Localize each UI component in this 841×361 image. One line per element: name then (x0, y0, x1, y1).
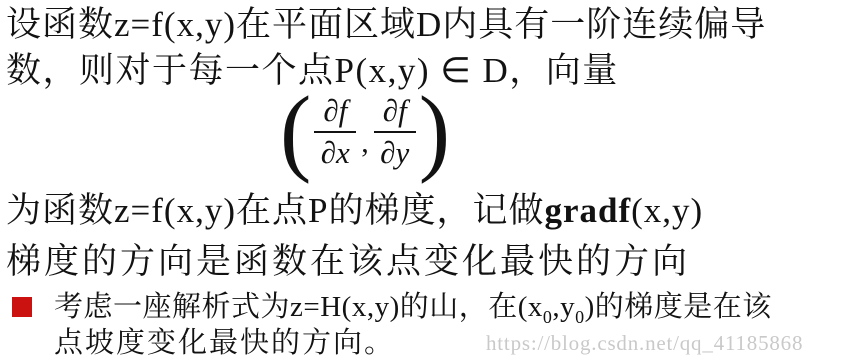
partial-f-partial-y-fraction: ∂f ∂y (374, 92, 416, 170)
formula-comma: , (359, 126, 371, 176)
csdn-blog-watermark: https://blog.csdn.net/qq_41185868 (486, 331, 803, 356)
bullet-item-line-2: 点坡度变化最快的方向。 (54, 327, 395, 360)
fraction-numerator: ∂f (374, 92, 416, 133)
partial-f-partial-x-fraction: ∂f ∂x (314, 92, 356, 170)
bullet-seg-1: 考虑一座解析式为z=H(x,y)的山，在(x (54, 291, 543, 323)
gradient-definition-pre: 为函数z=f(x,y)在点P的梯度，记做 (6, 191, 544, 230)
gradient-vector-formula: ( ∂f ∂x , ∂f ∂y ) (280, 86, 450, 176)
gradient-definition-post: (x,y) (631, 191, 703, 230)
formula-open-paren: ( (280, 84, 311, 178)
y-subscript: 0 (575, 307, 584, 327)
gradient-definition-line: 为函数z=f(x,y)在点P的梯度，记做gradf(x,y) (6, 191, 703, 231)
bullet-seg-3: )的梯度是在该 (585, 291, 772, 323)
red-square-bullet-icon (12, 297, 32, 317)
slide-page: 设函数z=f(x,y)在平面区域D内具有一阶连续偏导 数，则对于每一个点P(x,… (0, 0, 841, 361)
formula-close-paren: ) (419, 84, 450, 178)
grad-notation-bold: gradf (544, 191, 631, 230)
x-subscript: 0 (543, 307, 552, 327)
fraction-numerator: ∂f (314, 92, 356, 133)
fraction-denominator: ∂y (380, 133, 409, 170)
bullet-item-line-1: 考虑一座解析式为z=H(x,y)的山，在(x0,y0)的梯度是在该 (54, 291, 772, 324)
bullet-seg-2: ,y (552, 291, 575, 323)
fraction-denominator: ∂x (321, 133, 350, 170)
intro-line-1: 设函数z=f(x,y)在平面区域D内具有一阶连续偏导 (6, 5, 766, 45)
gradient-direction-line: 梯度的方向是函数在该点变化最快的方向 (6, 242, 690, 282)
